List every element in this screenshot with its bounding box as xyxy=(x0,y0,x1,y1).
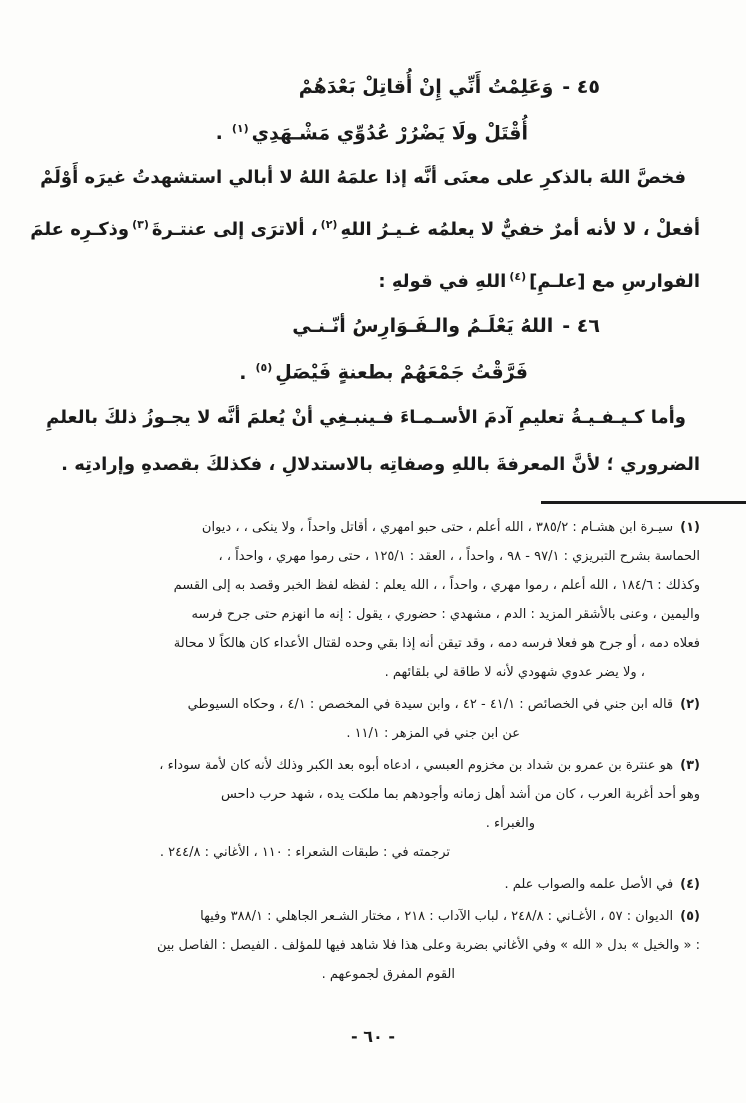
paragraph-2-line-2: الضروري ؛ لأنَّ المعرفةَ باللهِ وصفاتِه … xyxy=(46,441,700,488)
verse-45-line-1: ٤٥ -وَعَلِمْتُ أَنِّي إِنْ أُقاتِلْ بَعْ… xyxy=(46,66,700,108)
paragraph-1-line-3: الفوارسِ مع [علـمِ](٤)اللهِ في قولهِ : xyxy=(46,253,700,305)
footnote-2-marker: (٢) xyxy=(680,697,700,712)
footnote-3-text: هو عنترة بن عمرو بن شداد بن مخزوم العبسي… xyxy=(159,758,673,773)
footnote-1: (١)سيـرة ابن هشـام : ٣٨٥/٢ ، الله أعلم ،… xyxy=(46,513,700,687)
book-page: ٤٥ -وَعَلِمْتُ أَنِّي إِنْ أُقاتِلْ بَعْ… xyxy=(0,0,746,1103)
footnote-ref-3: (٣) xyxy=(132,218,149,231)
verse-46-number: ٤٦ - xyxy=(562,315,600,337)
paragraph-1-text: الفوارسِ مع [علـمِ] xyxy=(529,271,700,292)
verse-46-line-2: فَرَّقْتُ جَمْعَهُمْ بطعنةٍ فَيْصَلِ(٥). xyxy=(46,347,700,393)
footnote-line: (٢)قاله ابن جني في الخصائص : ٤١/١ - ٤٢ ،… xyxy=(46,690,700,719)
footnote-2-text: قاله ابن جني في الخصائص : ٤١/١ - ٤٢ ، وا… xyxy=(188,697,674,712)
footnote-ref-2: (٢) xyxy=(321,218,338,231)
footnote-line: الحماسة بشرح التبريزي : ٩٧/١ - ٩٨ ، واحد… xyxy=(46,542,700,571)
footnote-2: (٢)قاله ابن جني في الخصائص : ٤١/١ - ٤٢ ،… xyxy=(46,690,700,748)
paragraph-1-text: فخصَّ اللهَ بالذكرِ على معنَى أنَّه إذا … xyxy=(40,167,686,188)
footnote-line: وكذلك : ١٨٤/٦ ، الله أعلم ، رموا مهري ، … xyxy=(46,571,700,600)
footnote-ref-5: (٥) xyxy=(255,361,272,374)
paragraph-2-text: وأما كـيـفـيـةُ تعليمِ آدمَ الأسـمـاءَ ف… xyxy=(46,407,686,428)
footnote-line: (٣)هو عنترة بن عمرو بن شداد بن مخزوم الع… xyxy=(46,751,700,780)
paragraph-1-text: ، ألاترَى إلى عنتـرةَ xyxy=(152,219,318,240)
footnote-line: فعلاه دمه ، أو جرح هو فعلا فرسه دمه ، وق… xyxy=(46,629,700,658)
footnote-4-text: في الأصل علمه والصواب علم . xyxy=(504,877,673,892)
footnote-4-marker: (٤) xyxy=(680,877,700,892)
verse-46-hemistich-1: اللهُ يَعْلَـمُ والـفَـوَارِسُ أنّـنـي xyxy=(292,315,553,337)
footnote-line: واليمين ، وعنى بالأشقر المزيد : الدم ، م… xyxy=(46,600,700,629)
footnote-line: (٥)الديوان : ٥٧ ، الأغـاني : ٢٤٨/٨ ، لبا… xyxy=(46,902,700,931)
verse-45-hemistich-2: أُقْتَلْ ولَا يَضْرُرْ عُدُوِّي مَشْـهَد… xyxy=(252,122,528,144)
footnote-line: القوم المفرق لجموعهم . xyxy=(46,960,700,989)
verse-46-hemistich-2: فَرَّقْتُ جَمْعَهُمْ بطعنةٍ فَيْصَلِ xyxy=(275,362,528,384)
verse-46-line-1: ٤٦ -اللهُ يَعْلَـمُ والـفَـوَارِسُ أنّـن… xyxy=(46,305,700,347)
paragraph-1-line-1: فخصَّ اللهَ بالذكرِ على معنَى أنَّه إذا … xyxy=(46,154,700,201)
footnote-3: (٣)هو عنترة بن عمرو بن شداد بن مخزوم الع… xyxy=(46,751,700,867)
footnote-line: عن ابن جني في المزهر : ١١/١ . xyxy=(46,719,700,748)
paragraph-2-text: الضروري ؛ لأنَّ المعرفةَ باللهِ وصفاتِه … xyxy=(61,454,700,475)
page-number: - ٦٠ - xyxy=(0,1027,746,1046)
footnote-1-text: سيـرة ابن هشـام : ٣٨٥/٢ ، الله أعلم ، حت… xyxy=(202,520,673,535)
verse-45-hemistich-1: وَعَلِمْتُ أَنِّي إِنْ أُقاتِلْ بَعْدَهُ… xyxy=(299,76,554,98)
footnote-line: والغبراء . xyxy=(46,809,700,838)
paragraph-1-line-2: أفعلْ ، لا لأنه أمرٌ خفيٌّ لا يعلمُه غـي… xyxy=(46,201,700,253)
footnote-3-marker: (٣) xyxy=(680,758,700,773)
footnote-line: وهو أحد أغربة العرب ، كان من أشد أهل زما… xyxy=(46,780,700,809)
footnotes-section: (١)سيـرة ابن هشـام : ٣٨٥/٢ ، الله أعلم ،… xyxy=(0,504,746,989)
footnote-4: (٤)في الأصل علمه والصواب علم . xyxy=(46,870,700,899)
main-text: ٤٥ -وَعَلِمْتُ أَنِّي إِنْ أُقاتِلْ بَعْ… xyxy=(0,0,746,488)
verse-45-number: ٤٥ - xyxy=(562,76,600,98)
footnote-line: ، ولا يضر عدوي شهودي لأنه لا طاقة لي بلق… xyxy=(46,658,700,687)
footnote-line: (٤)في الأصل علمه والصواب علم . xyxy=(46,870,700,899)
paragraph-1-text: اللهِ في قولهِ : xyxy=(378,271,506,292)
footnote-ref-4: (٤) xyxy=(509,270,526,283)
verse-45-line-2: أُقْتَلْ ولَا يَضْرُرْ عُدُوِّي مَشْـهَد… xyxy=(46,108,700,154)
footnote-5: (٥)الديوان : ٥٧ ، الأغـاني : ٢٤٨/٨ ، لبا… xyxy=(46,902,700,989)
verse-46-end-dot: . xyxy=(239,362,246,384)
footnote-1-marker: (١) xyxy=(680,520,700,535)
footnote-ref-1: (١) xyxy=(232,122,249,135)
paragraph-1-text: أفعلْ ، لا لأنه أمرٌ خفيٌّ لا يعلمُه غـي… xyxy=(340,219,700,240)
paragraph-1-text: وذكـرِه علمَ xyxy=(30,219,129,240)
footnote-line: ترجمته في : طبقات الشعراء : ١١٠ ، الأغان… xyxy=(46,838,700,867)
footnote-line: : « والخيل » بدل « الله » وفي الأغاني بض… xyxy=(46,931,700,960)
footnote-5-marker: (٥) xyxy=(680,909,700,924)
footnote-5-text: الديوان : ٥٧ ، الأغـاني : ٢٤٨/٨ ، لباب ا… xyxy=(200,909,673,924)
footnote-line: (١)سيـرة ابن هشـام : ٣٨٥/٢ ، الله أعلم ،… xyxy=(46,513,700,542)
paragraph-2-line-1: وأما كـيـفـيـةُ تعليمِ آدمَ الأسـمـاءَ ف… xyxy=(46,394,700,441)
verse-45-end-dot: . xyxy=(216,122,223,144)
